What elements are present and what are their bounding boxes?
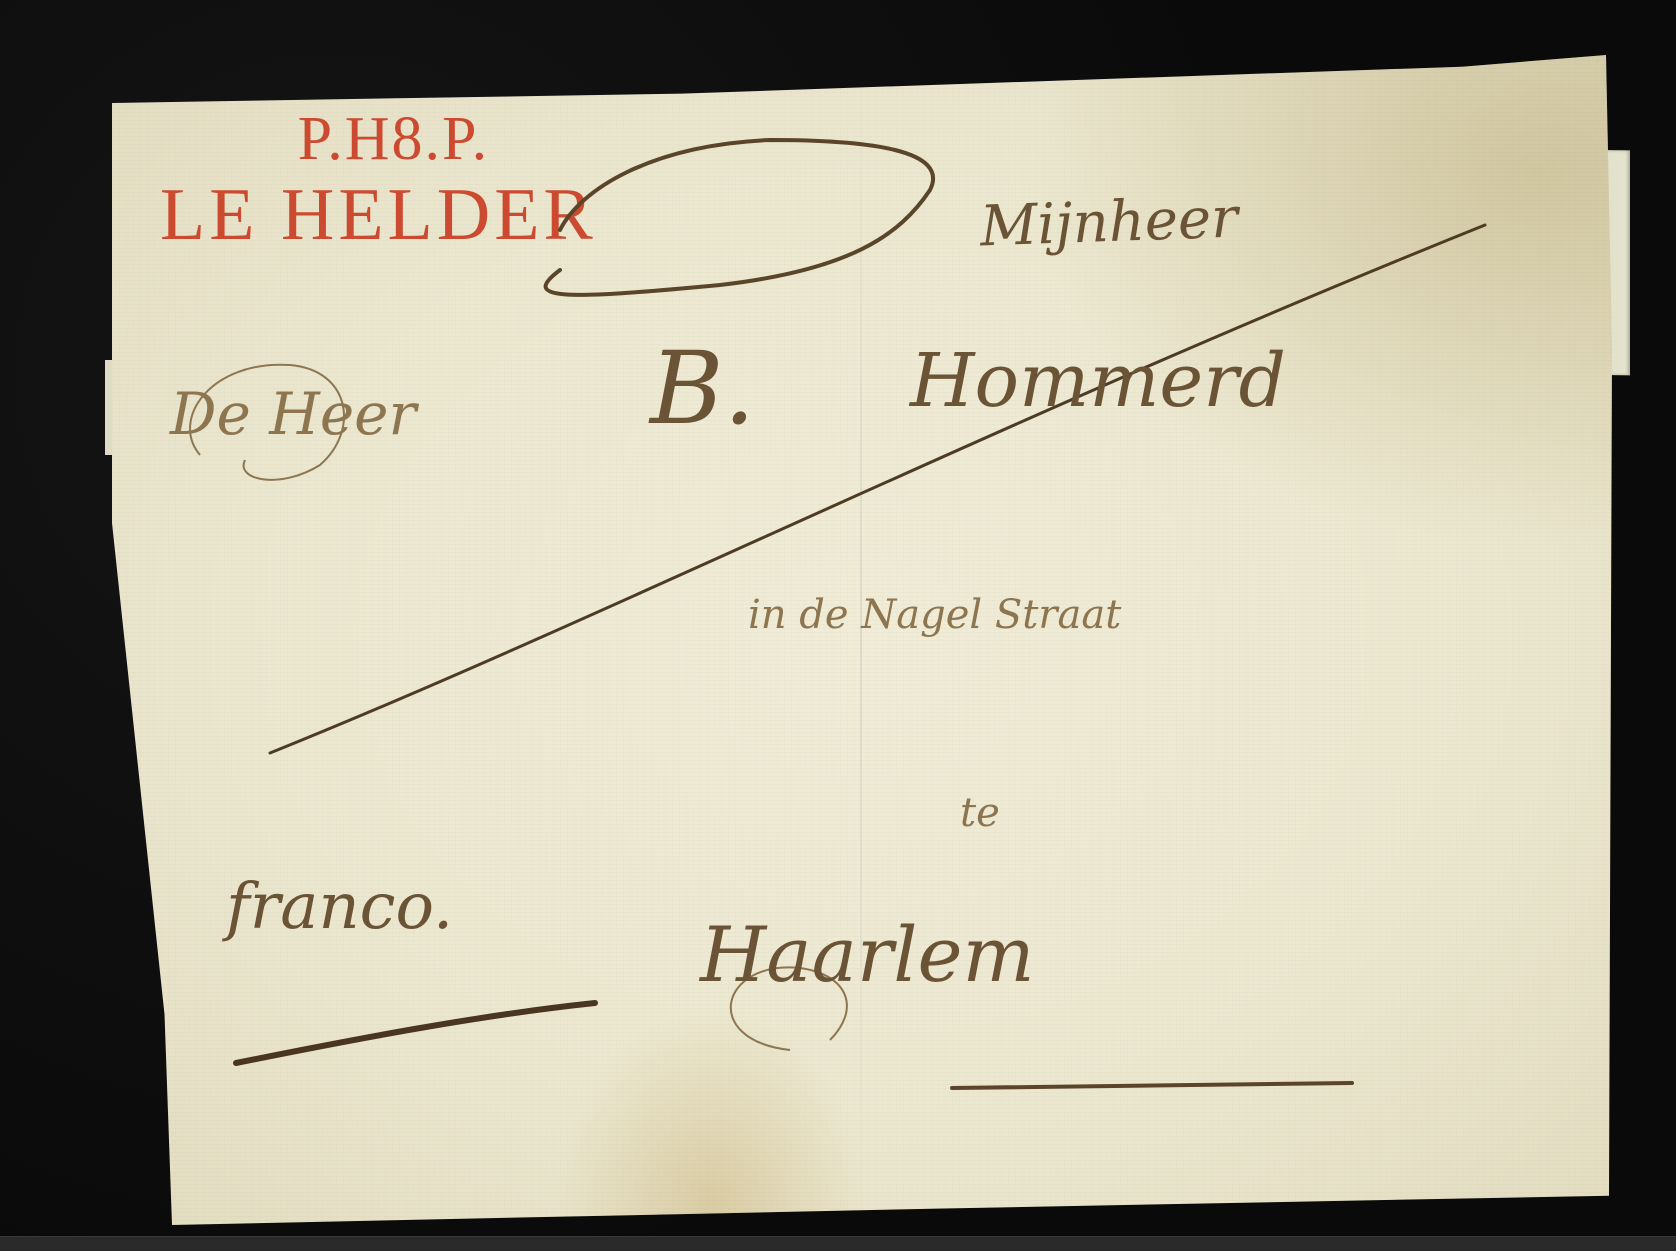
paper-fold-line: [860, 70, 862, 1210]
postmark-line-1: P.H8.P.: [190, 108, 597, 170]
street-address: in de Nagel Straat: [748, 592, 1121, 638]
city-haarlem: Haarlem: [700, 910, 1035, 999]
addressee-initial: B.: [650, 330, 755, 447]
scan-bottom-edge: [0, 1236, 1676, 1251]
franco-annotation: franco.: [226, 870, 453, 944]
addressee-name: Hommerd: [910, 338, 1286, 424]
red-postmark: P.H8.P. LE HELDER: [160, 108, 597, 252]
title-de-heer: De Heer: [170, 380, 416, 448]
salutation-mijnheer: Mijnheer: [979, 186, 1239, 260]
postmark-line-2: LE HELDER: [160, 178, 597, 252]
preposition-te: te: [960, 790, 1000, 836]
